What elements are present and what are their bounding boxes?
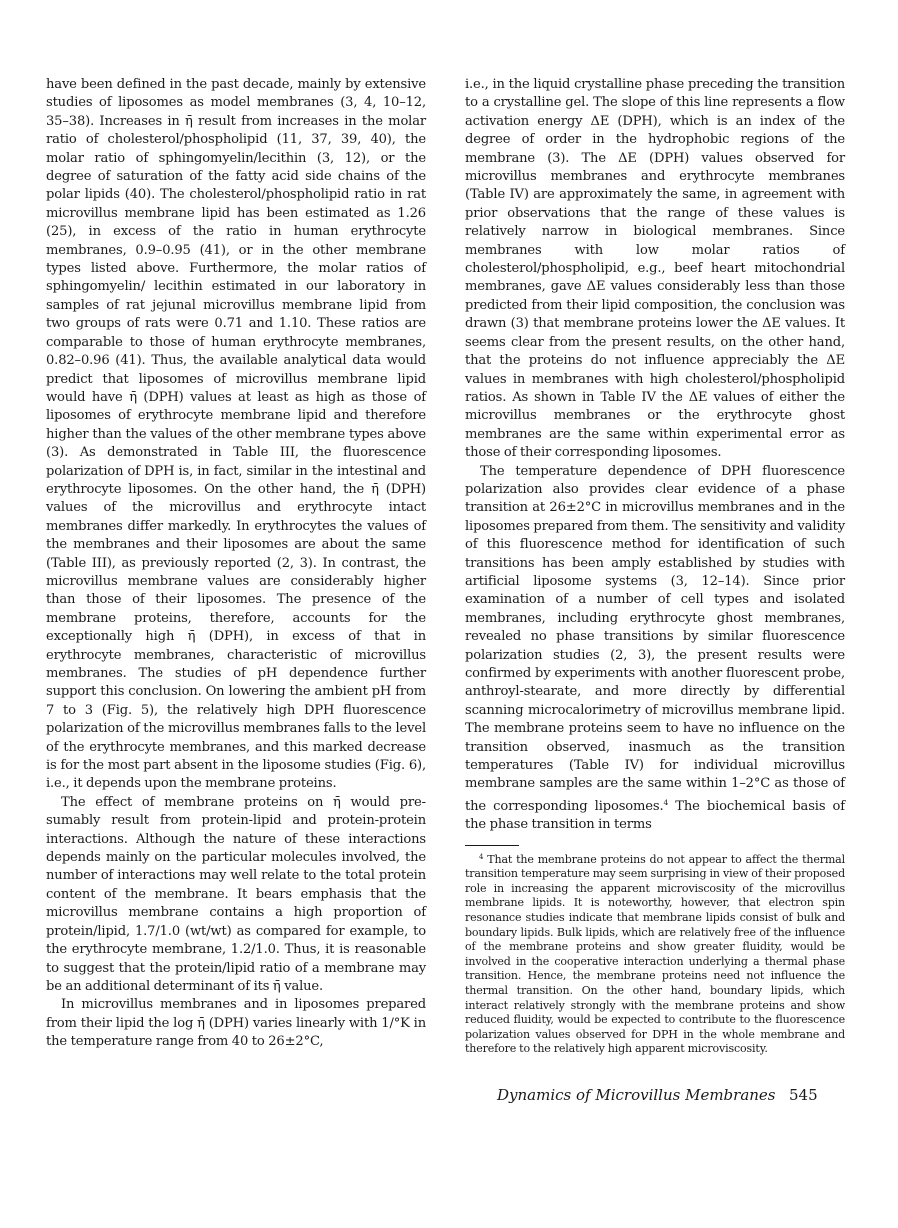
- body-paragraph: The temperature dependence of DPH fluore…: [465, 463, 845, 835]
- running-title: Dynamics of Microvillus Membranes: [497, 1086, 776, 1104]
- body-paragraph: i.e., in the liquid crystalline phase pr…: [465, 76, 845, 463]
- page-footer: Dynamics of Microvillus Membranes 545: [497, 1086, 837, 1108]
- footnote: 4 That the membrane proteins do not appe…: [465, 850, 845, 1057]
- right-column: i.e., in the liquid crystalline phase pr…: [465, 76, 845, 1057]
- paragraph-text: The temperature dependence of DPH fluore…: [465, 464, 845, 814]
- footnote-divider: [465, 845, 519, 846]
- body-paragraph: In microvillus membranes and in liposome…: [46, 996, 426, 1051]
- page-number: 545: [789, 1086, 818, 1104]
- body-paragraph: have been defined in the past decade, ma…: [46, 76, 426, 794]
- left-column: have been defined in the past decade, ma…: [46, 76, 426, 1052]
- footnote-text: That the membrane proteins do not appear…: [465, 853, 845, 1056]
- body-paragraph: The effect of membrane proteins on η̄ wo…: [46, 794, 426, 996]
- footnote-marker: 4: [479, 853, 483, 861]
